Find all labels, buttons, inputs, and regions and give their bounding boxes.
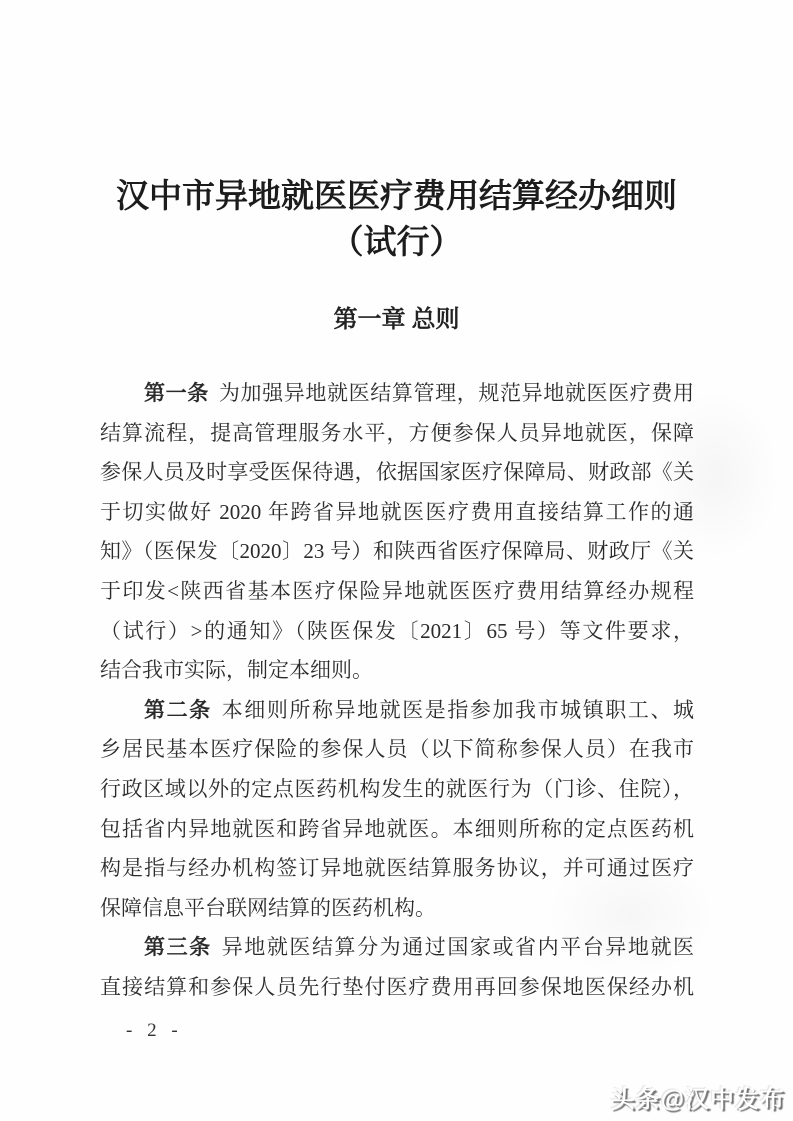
line-text: 为加强异地就医结算管理，规范异地就医医疗费用 [219,381,694,405]
body-line: 结算流程，提高管理服务水平，方便参保人员异地就医，保障 [100,414,694,454]
body-line: 结合我市实际，制定本细则。 [100,651,694,691]
body-line: 知》（医保发〔2020〕23 号）和陕西省医疗保障局、财政厅《关 [100,532,694,572]
document-page: 汉中市异地就医医疗费用结算经办细则 （试行） 第一章 总则 第一条为加强异地就医… [0,0,793,1121]
line-text: 于切实做好 2020 年跨省异地就医医疗费用直接结算工作的通 [100,500,694,524]
body-line: 行政区域以外的定点医药机构发生的就医行为（门诊、住院）， [100,770,694,810]
body-line: 乡居民基本医疗保险的参保人员（以下简称参保人员）在我市 [100,730,694,770]
line-text: 直接结算和参保人员先行垫付医疗费用再回参保地医保经办机 [100,975,694,999]
line-text: 乡居民基本医疗保险的参保人员（以下简称参保人员）在我市 [100,737,694,761]
watermark: 头条@汉中发布 [611,1079,785,1114]
line-text: 行政区域以外的定点医药机构发生的就医行为（门诊、住院）， [100,777,694,801]
body-line: 第二条本细则所称异地就医是指参加我市城镇职工、城 [100,691,694,731]
body-line: 直接结算和参保人员先行垫付医疗费用再回参保地医保经办机 [100,968,694,1008]
body-line: 第一条为加强异地就医结算管理，规范异地就医医疗费用 [100,374,694,414]
page-number: - 2 - [126,1020,183,1042]
line-text: 本细则所称异地就医是指参加我市城镇职工、城 [222,698,694,722]
line-text: 构是指与经办机构签订异地就医结算服务协议，并可通过医疗 [100,856,694,880]
line-text: 异地就医结算分为通过国家或省内平台异地就医 [222,935,694,959]
line-text: 保障信息平台联网结算的医药机构。 [100,896,436,920]
line-text: （试行）>的通知》（陕医保发〔2021〕65 号）等文件要求， [100,619,694,643]
body-line: 于印发<陕西省基本医疗保险异地就医医疗费用结算经办规程 [100,572,694,612]
article-number: 第二条 [144,698,212,722]
line-text: 参保人员及时享受医保待遇，依据国家医疗保障局、财政部《关 [100,460,694,484]
line-text: 结算流程，提高管理服务水平，方便参保人员异地就医，保障 [100,421,694,445]
line-text: 结合我市实际，制定本细则。 [100,658,373,682]
line-text: 于印发<陕西省基本医疗保险异地就医医疗费用结算经办规程 [100,579,694,603]
line-text: 包括省内异地就医和跨省异地就医。本细则所称的定点医药机 [100,817,694,841]
body-line: 于切实做好 2020 年跨省异地就医医疗费用直接结算工作的通 [100,493,694,533]
body-line: 参保人员及时享受医保待遇，依据国家医疗保障局、财政部《关 [100,453,694,493]
article-number: 第一条 [144,381,209,405]
article-number: 第三条 [144,935,212,959]
document-title: 汉中市异地就医医疗费用结算经办细则 [0,170,793,217]
body-line: 构是指与经办机构签订异地就医结算服务协议，并可通过医疗 [100,849,694,889]
line-text: 知》（医保发〔2020〕23 号）和陕西省医疗保障局、财政厅《关 [100,539,694,563]
document-subtitle: （试行） [0,216,793,263]
body-line: 第三条异地就医结算分为通过国家或省内平台异地就医 [100,928,694,968]
body-line: 包括省内异地就医和跨省异地就医。本细则所称的定点医药机 [100,810,694,850]
body-line: （试行）>的通知》（陕医保发〔2021〕65 号）等文件要求， [100,612,694,652]
body-line: 保障信息平台联网结算的医药机构。 [100,889,694,929]
chapter-heading: 第一章 总则 [0,299,793,334]
body-text: 第一条为加强异地就医结算管理，规范异地就医医疗费用 结算流程，提高管理服务水平，… [100,374,694,1008]
